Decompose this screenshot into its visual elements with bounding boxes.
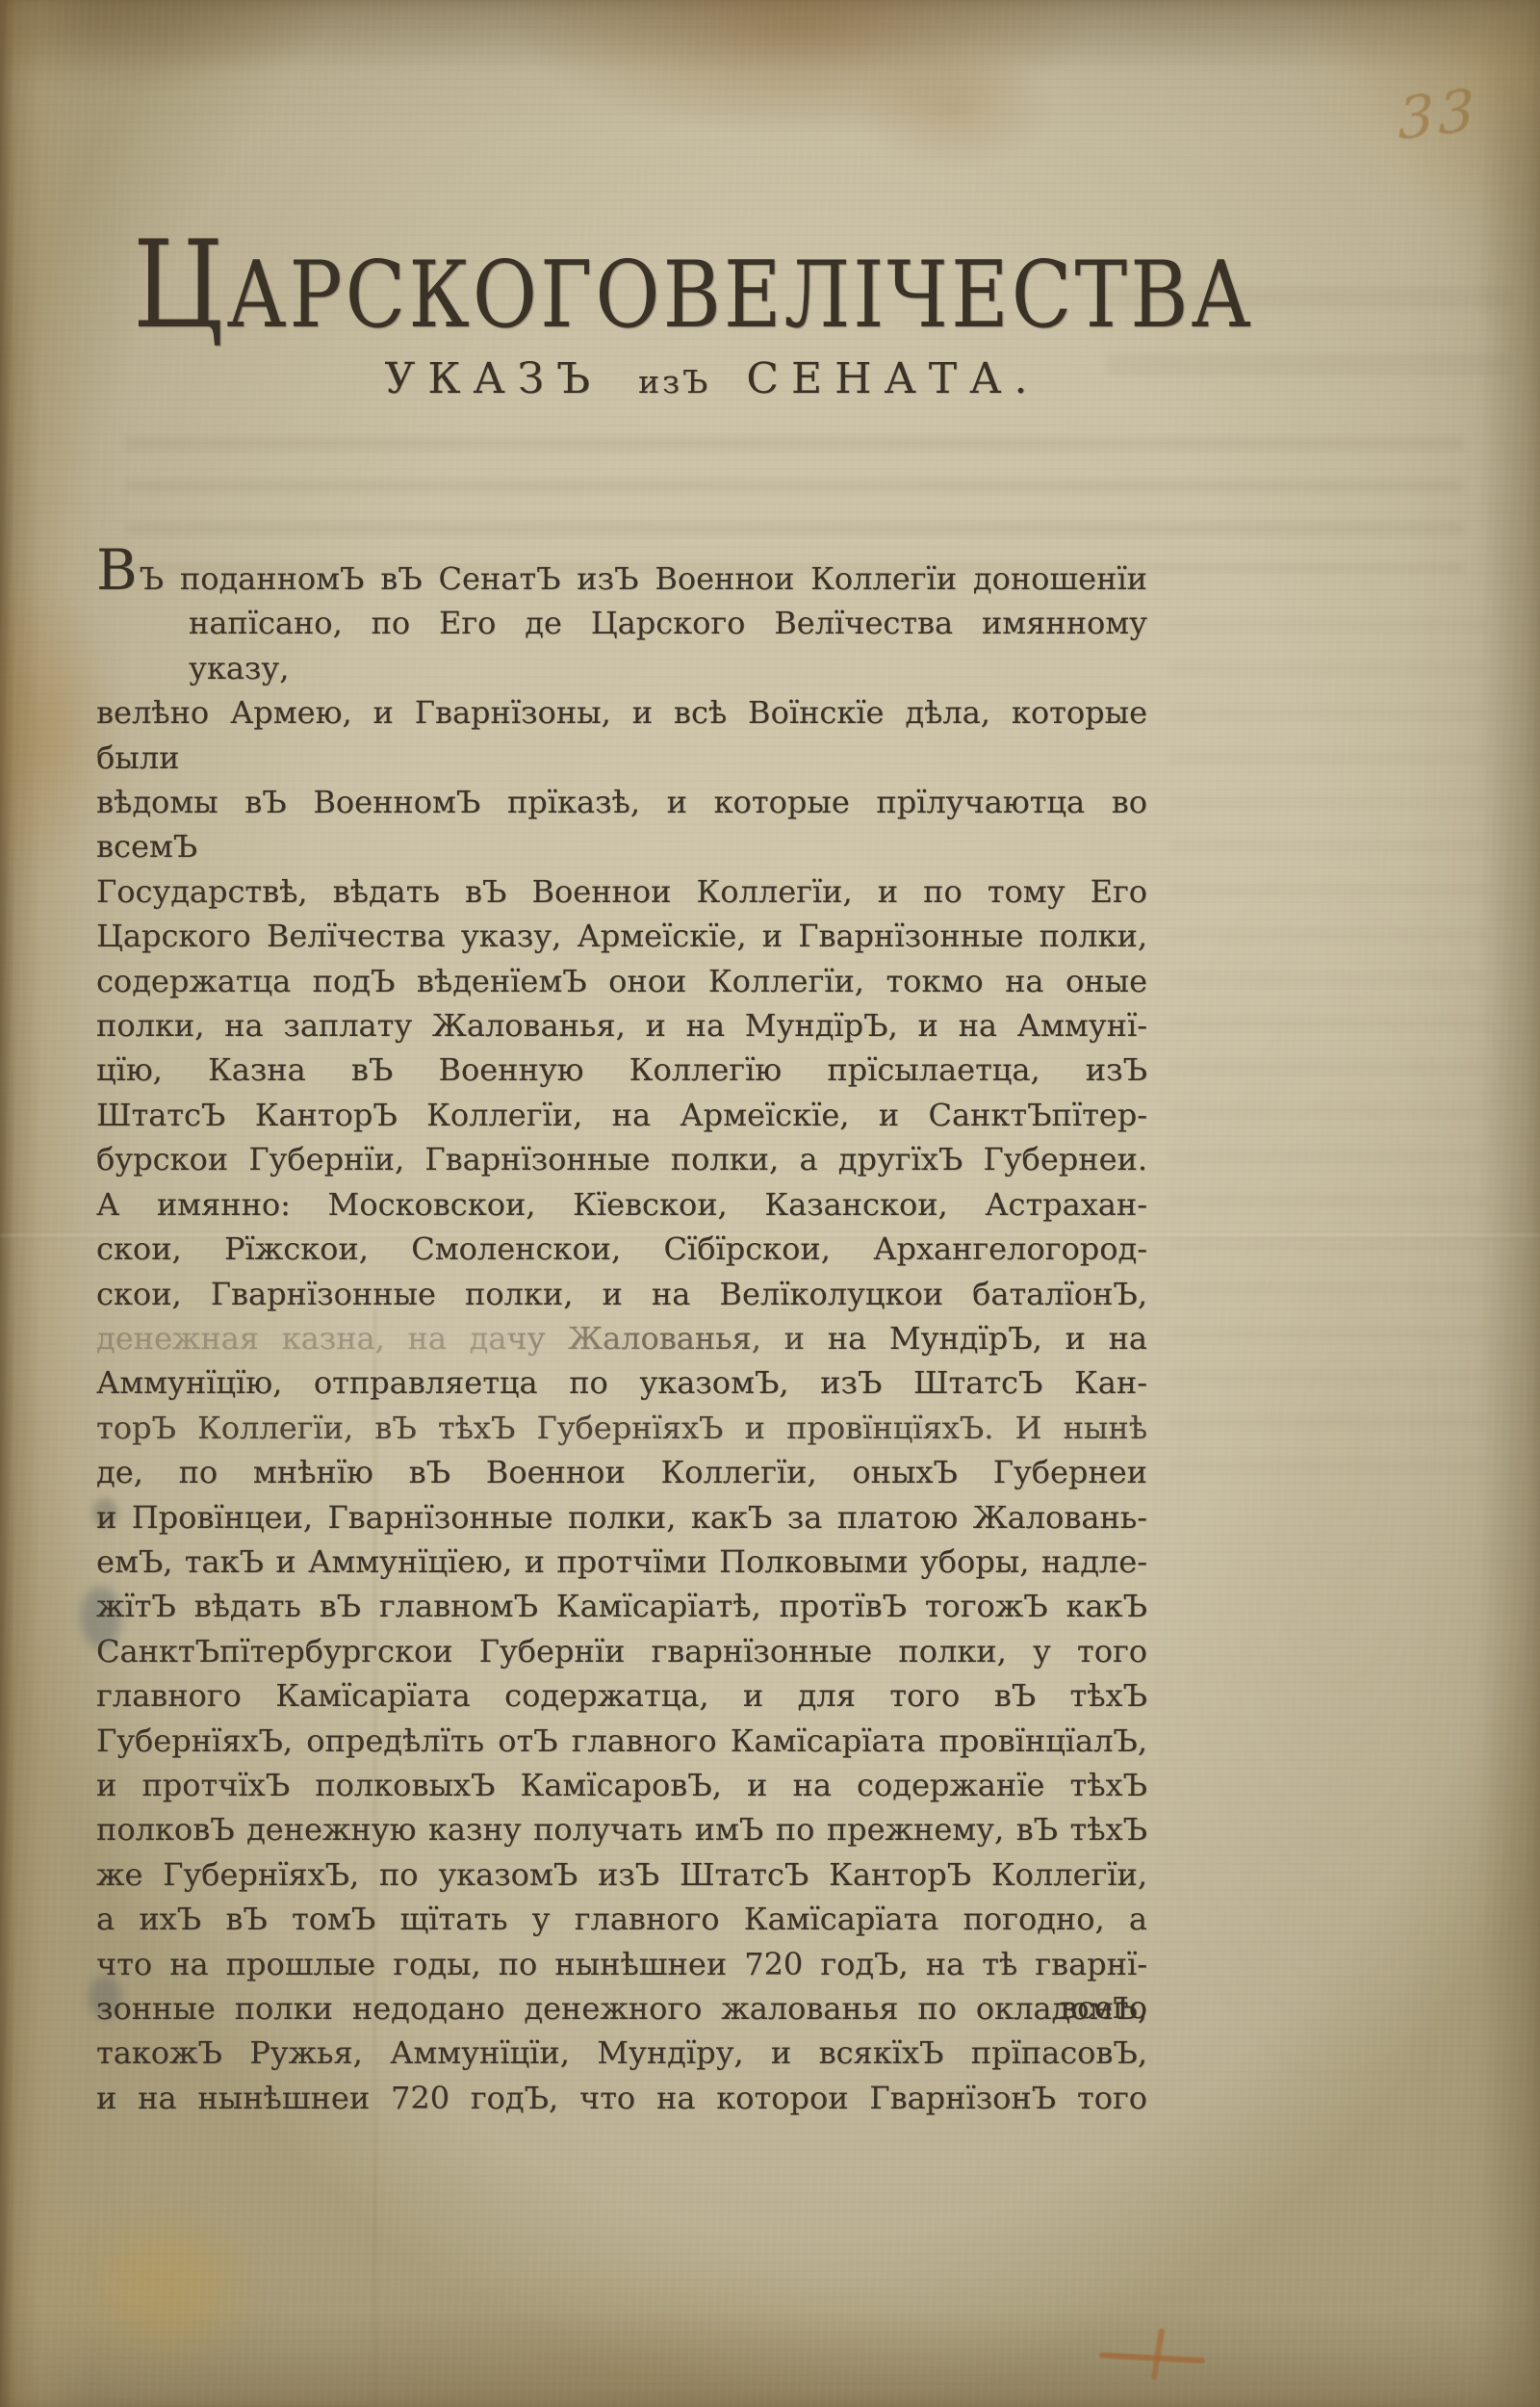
text-line: и на нынѣшнеи 720 годЪ, что на которои Г… — [96, 2076, 1147, 2120]
text-line: содержатца подЪ вѣденїемЪ онои Коллегїи,… — [96, 959, 1147, 1003]
page-scan: 33 ЦАРСКОГО ВЕЛІЧЕСТВА УКАЗЪ изЪ СЕНАТА.… — [0, 0, 1540, 2407]
text-line: торЪ Коллегїи, вЪ тѣхЪ ГубернїяхЪ и пров… — [96, 1406, 1147, 1450]
text-line: А имянно: Московскои, Кїевскои, Казанско… — [96, 1182, 1147, 1227]
handwritten-cross-mark — [1099, 2328, 1211, 2388]
text-line: что на прошлые годы, по нынѣшнеи 720 год… — [96, 1942, 1147, 1986]
subtitle-word: СЕНАТА. — [746, 354, 1039, 403]
title-word: ВЕЛІЧЕСТВА — [663, 243, 1254, 349]
decree-title: ЦАРСКОГО ВЕЛІЧЕСТВА — [133, 243, 1170, 349]
body-text: ВЪ поданномЪ вЪ СенатЪ изЪ Военнои Колле… — [96, 556, 1147, 2120]
folio-number: 33 — [1398, 76, 1479, 154]
catchword: всего — [96, 1985, 1147, 2030]
text-line: денежная казна, на дачу Жалованья, и на … — [96, 1316, 1147, 1360]
text-line: и Провїнцеи, Гварнїзонные полки, какЪ за… — [96, 1495, 1147, 1540]
text-line: Аммунїцїю, отправляетца по указомЪ, изЪ … — [96, 1360, 1147, 1405]
text-line: такожЪ Ружья, Аммунїцїи, Мундїру, и всяк… — [96, 2031, 1147, 2075]
text-line: СанктЪпїтербургскои Губернїи гварнїзонны… — [96, 1629, 1147, 1673]
verso-showthrough — [1169, 587, 1487, 1473]
text-line: бурскои Губернїи, Гварнїзонные полки, а … — [96, 1137, 1147, 1181]
text-line: же ГубернїяхЪ, по указомЪ изЪ ШтатсЪ Кан… — [96, 1852, 1147, 1897]
text-line: цїю, Казна вЪ Военную Коллегїю прїсылает… — [96, 1048, 1147, 1092]
text-line: полковЪ денежную казну получать имЪ по п… — [96, 1807, 1147, 1851]
text-line: емЪ, такЪ и Аммунїцїею, и протчїми Полко… — [96, 1540, 1147, 1584]
text-line: скои, Гварнїзонные полки, и на Велїколуц… — [96, 1272, 1147, 1316]
text-line: главного Камїсарїата содержатца, и для т… — [96, 1673, 1147, 1718]
text-line: а ихЪ вЪ томЪ щїтать у главного Камїсарї… — [96, 1897, 1147, 1941]
cross-vertical-stroke — [1151, 2328, 1165, 2380]
text-line: велѣно Армею, и Гварнїзоны, и всѣ Воїнск… — [96, 690, 1147, 780]
text-line: ШтатсЪ КанторЪ Коллегїи, на Армеїскїе, и… — [96, 1093, 1147, 1137]
decree-subtitle: УКАЗЪ изЪ СЕНАТА. — [135, 354, 1290, 403]
stain — [81, 2205, 273, 2368]
text-line: жїтЪ вѣдать вЪ главномЪ Камїсарїатѣ, про… — [96, 1584, 1147, 1628]
title-word: ЦАРСКОГО — [133, 243, 663, 349]
text-line: скои, Рїжскои, Смоленскои, Сїбїрскои, Ар… — [96, 1227, 1147, 1271]
text-line: вѣдомы вЪ ВоенномЪ прїказѣ, и которые пр… — [96, 780, 1147, 869]
text-line: Государствѣ, вѣдать вЪ Военнои Коллегїи,… — [96, 869, 1147, 914]
stain — [1136, 867, 1540, 2070]
text-line: де, по мнѣнїю вЪ Военнои Коллегїи, оныхЪ… — [96, 1450, 1147, 1494]
verso-showthrough — [125, 408, 1463, 572]
subtitle-word: УКАЗЪ — [385, 354, 603, 403]
cross-horizontal-stroke — [1099, 2352, 1205, 2364]
text-line: и протчїхЪ полковыхЪ КамїсаровЪ, и на со… — [96, 1763, 1147, 1807]
text-line: полки, на заплату Жалованья, и на Мундїр… — [96, 1003, 1147, 1048]
text-line: ВЪ поданномЪ вЪ СенатЪ изЪ Военнои Колле… — [96, 556, 1147, 601]
text-line: ГубернїяхЪ, опредѣлїть отЪ главного Камї… — [96, 1719, 1147, 1763]
text-line: Царского Велїчества указу, Армеїскїе, и … — [96, 914, 1147, 958]
subtitle-word: изЪ — [638, 363, 710, 401]
text-line: напїсано, по Его де Царского Велїчества … — [96, 601, 1147, 690]
